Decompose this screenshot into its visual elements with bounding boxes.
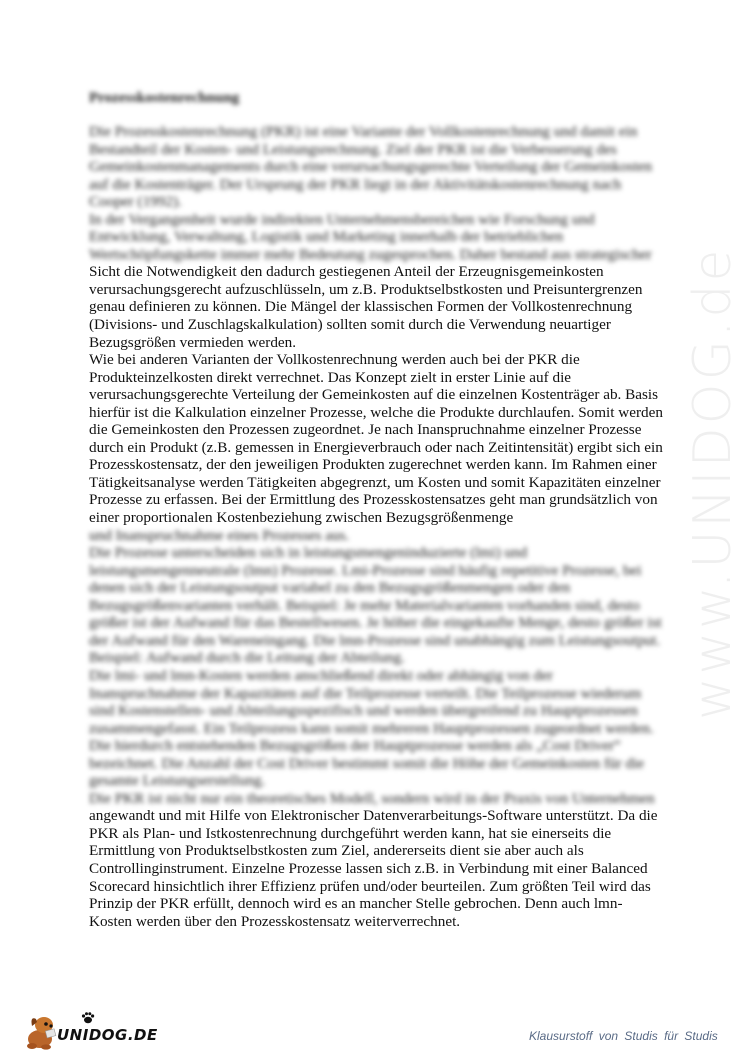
paragraph-3-tail: und Inanspruchnahme eines Prozesses aus.: [89, 527, 664, 545]
paragraph-2-blurred: In der Vergangenheit wurde indirekten Un…: [89, 211, 664, 264]
dog-mascot-icon: [24, 1012, 58, 1050]
document-body: Prozesskostenrechnung Die Prozesskostenr…: [89, 88, 664, 930]
document-title: Prozesskostenrechnung: [89, 88, 664, 108]
logo-text: UNIDOG.DE: [57, 1026, 158, 1044]
paragraph-1: Die Prozesskostenrechnung (PKR) ist eine…: [89, 123, 664, 211]
paragraph-2-clear: Sicht die Notwendigkeit den dadurch gest…: [89, 263, 664, 351]
unidog-logo[interactable]: UNIDOG.DE: [24, 1012, 154, 1052]
footer-tagline: Klausurstoff von Studis für Studis: [529, 1029, 718, 1043]
paragraph-6-head: Die PKR ist nicht nur ein theoretisches …: [89, 790, 664, 808]
paw-print-icon: [81, 1012, 95, 1024]
watermark: www.UNIDOG.de: [683, 247, 743, 720]
paragraph-3: Wie bei anderen Varianten der Vollkosten…: [89, 351, 664, 526]
paragraph-5: Die lmi- und lmn-Kosten werden anschließ…: [89, 667, 664, 790]
paragraph-4: Die Prozesse unterscheiden sich in leist…: [89, 544, 664, 667]
paragraph-6: angewandt und mit Hilfe von Elektronisch…: [89, 807, 664, 930]
document-page: www.UNIDOG.de Prozesskostenrechnung Die …: [0, 0, 750, 1059]
